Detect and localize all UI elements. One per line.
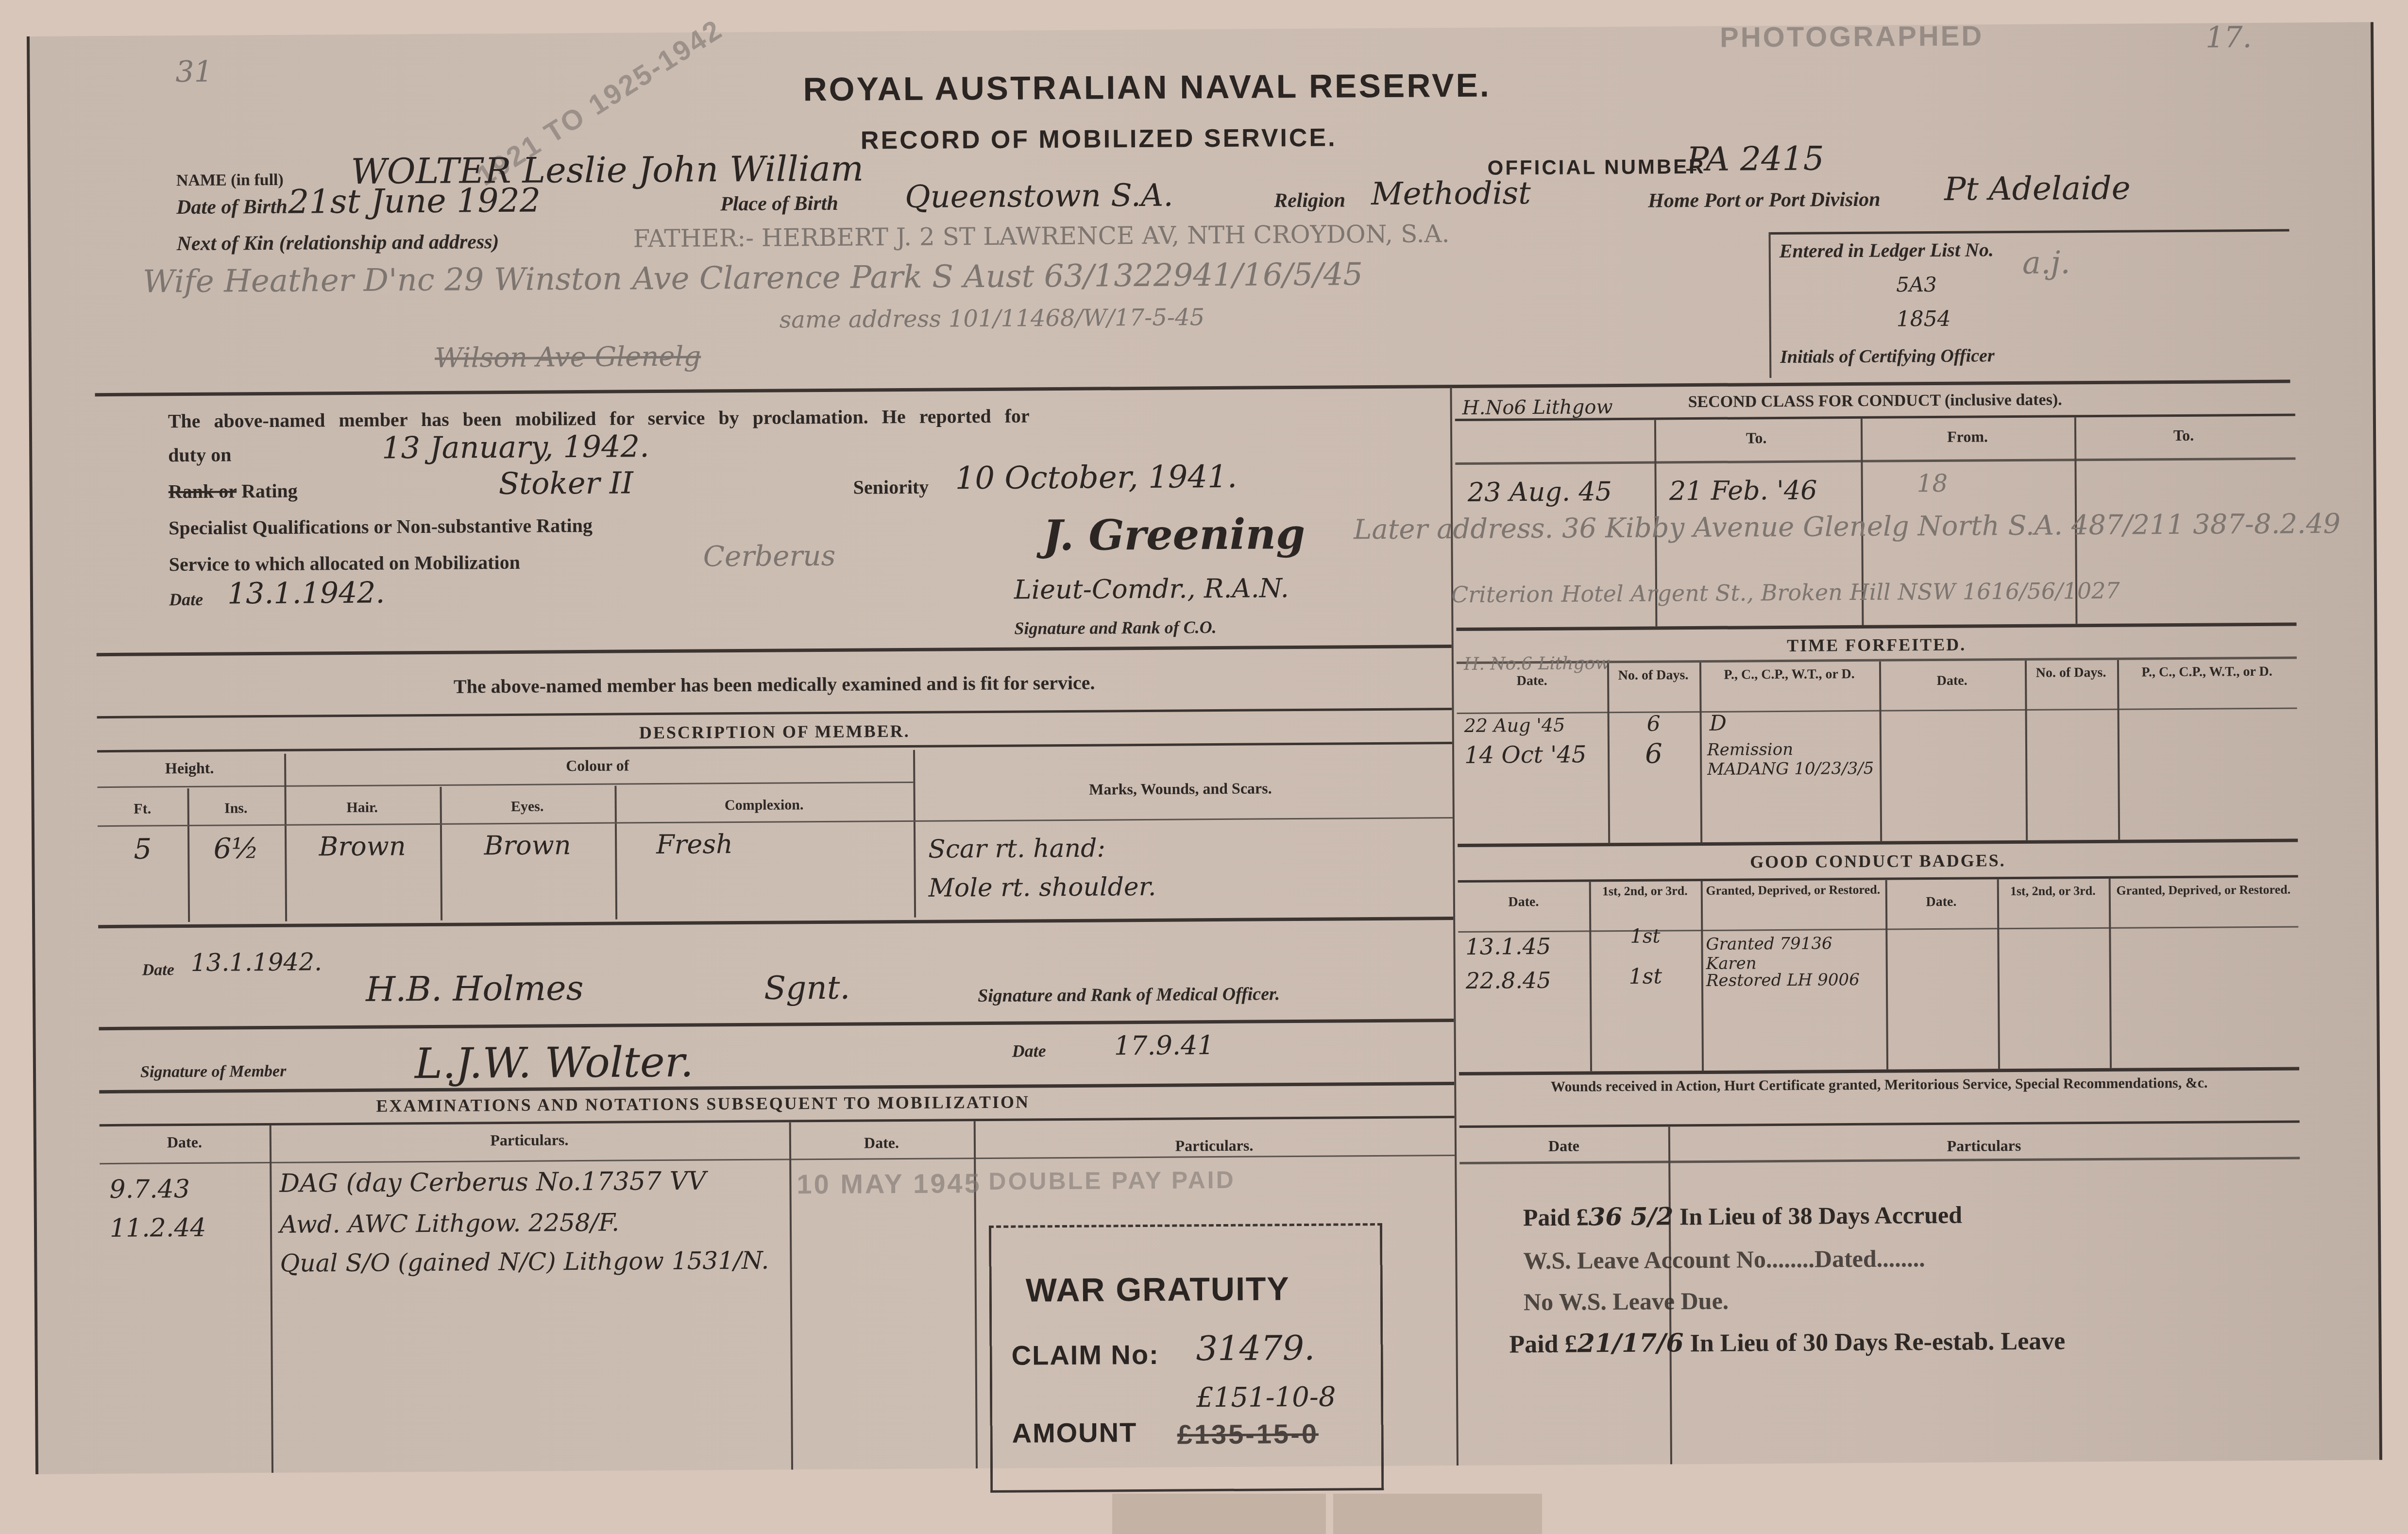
wounds-header-particulars: Particulars <box>1668 1135 2300 1157</box>
wounds-line-3: No W.S. Leave Due. <box>1524 1287 1729 1316</box>
time-forfeited-annotation: H. No.6 Lithgow <box>1464 653 1610 674</box>
co-signature: J. Greening <box>1043 510 1306 560</box>
wounds-line-4-prefix: Paid £ <box>1509 1330 1577 1359</box>
exam-divider <box>789 1122 793 1469</box>
rank-label-struck: Rank or <box>169 480 237 502</box>
claim-number-value: 31479. <box>1196 1328 1315 1368</box>
top-right-mark: 17. <box>2205 20 2252 55</box>
exam-row-1-date: 9.7.43 <box>109 1175 190 1204</box>
ledger-value-bottom: 1854 <box>1896 307 1950 332</box>
rating-value: Stoker II <box>498 465 633 501</box>
exam-header-particulars-2: Particulars. <box>974 1135 1455 1156</box>
ledger-top-rule <box>1770 229 2289 235</box>
gc-header-class-2: 1st, 2nd, or 3rd. <box>1997 884 2109 899</box>
value-eyes: Brown <box>440 830 615 861</box>
examinations-title: EXAMINATIONS AND NOTATIONS SUBSEQUENT TO… <box>376 1091 1030 1116</box>
war-gratuity-title: WAR GRATUITY <box>1026 1270 1290 1309</box>
tf-header-days-2: No. of Days. <box>2025 665 2117 681</box>
marks-label: Marks, Wounds, and Scars. <box>913 778 1447 800</box>
medical-rule <box>97 708 1452 718</box>
rating-label-text: Rating <box>241 480 298 502</box>
exam-header-subrule <box>100 1155 1455 1164</box>
religion-label: Religion <box>1274 188 1345 212</box>
wounds-line-4-text: In Lieu of 30 Days Re-estab. Leave <box>1690 1327 2065 1357</box>
exam-stamp-date: 10 MAY 1945 <box>797 1167 982 1200</box>
description-bottom-rule <box>98 917 1453 928</box>
second-class-from-2: 18 <box>1917 469 1948 497</box>
medical-officer-label: Signature and Rank of Medical Officer. <box>978 983 1280 1006</box>
exam-header-date-1: Date. <box>100 1133 270 1152</box>
wounds-top-rule <box>1459 1067 2299 1075</box>
gc-header-rule <box>1458 926 2298 933</box>
wounds-line-2: W.S. Leave Account No........Dated......… <box>1523 1244 1925 1275</box>
gc-header-status-2: Granted, Deprived, or Restored. <box>2109 882 2298 898</box>
amount-label: AMOUNT <box>1012 1416 1137 1449</box>
tf-header-punishment-1: P., C., C.P., W.T., or D. <box>1699 666 1879 683</box>
good-conduct-top-rule <box>1458 838 2298 847</box>
later-address-2: Criterion Hotel Argent St., Broken Hill … <box>1451 578 2120 608</box>
second-class-header-rule <box>1455 457 2295 465</box>
wounds-header-date: Date <box>1459 1136 1668 1156</box>
second-class-header-to-1: To. <box>1654 428 1858 448</box>
page-title: ROYAL AUSTRALIAN NAVAL RESERVE. <box>612 65 1681 109</box>
pob-value: Queenstown S.A. <box>905 178 1173 215</box>
wounds-rule <box>1459 1120 2300 1128</box>
claim-number-label: CLAIM No: <box>1011 1339 1159 1371</box>
exam-row-2-particulars: Awd. AWC Lithgow. 2258/F. <box>280 1209 620 1239</box>
wounds-line-1-value: 36 5/2 <box>1588 1202 1673 1231</box>
specialist-label: Specialist Qualifications or Non-substan… <box>169 514 593 539</box>
description-header-rule <box>98 817 1453 827</box>
member-date-label: Date <box>1012 1040 1046 1061</box>
home-port-label: Home Port or Port Division <box>1648 188 1881 213</box>
gc-row-1-status: Granted 79136 Karen <box>1706 934 1881 973</box>
tf-header-punishment-2: P., C., C.P., W.T., or D. <box>2117 664 2297 680</box>
pob-label: Place of Birth <box>720 192 838 216</box>
exam-row-3-particulars: Qual S/O (gained N/C) Lithgow 1531/N. <box>280 1246 769 1278</box>
next-of-kin-value: FATHER:- HERBERT J. 2 ST LAWRENCE AV, NT… <box>633 220 1449 253</box>
official-number-value: PA 2415 <box>1686 139 1824 179</box>
second-class-header-to-2: To. <box>2077 426 2290 445</box>
medical-officer-rank: Sgnt. <box>764 969 850 1007</box>
name-label: NAME (in full) <box>176 171 284 190</box>
mobilization-date-value: 13.1.1942. <box>227 576 385 611</box>
col-hair: Hair. <box>285 799 440 817</box>
value-hair: Brown <box>285 831 440 862</box>
exam-row-2-date: 11.2.44 <box>110 1213 206 1243</box>
gc-row-2-status: Restored LH 9006 <box>1706 970 1881 990</box>
tf-row-1-punishment: D <box>1710 711 1727 736</box>
amount-struck: £135-15-0 <box>1177 1418 1319 1450</box>
colour-label: Colour of <box>287 755 908 777</box>
gc-row-2-date: 22.8.45 <box>1466 967 1551 994</box>
marks-value-1: Scar rt. hand: <box>928 834 1105 864</box>
medical-top-rule <box>97 645 1452 656</box>
certifying-officer-label: Initials of Certifying Officer <box>1780 345 1995 368</box>
thumbnail-1 <box>1112 1494 1326 1534</box>
exam-header-date-2: Date. <box>789 1133 974 1152</box>
gc-header-date-1: Date. <box>1458 894 1589 910</box>
wounds-line-4-value: 21/17/6 <box>1577 1328 1683 1358</box>
examinations-top-rule <box>99 1082 1454 1093</box>
wounds-line-1-prefix: Paid £ <box>1523 1203 1589 1231</box>
medical-date-value: 13.1.1942. <box>190 948 322 977</box>
wounds-line-1-text: In Lieu of 38 Days Accrued <box>1679 1201 1962 1230</box>
good-conduct-rule <box>1458 875 2298 883</box>
description-subrule <box>97 782 913 788</box>
tf-row-1-days: 6 <box>1608 711 1700 736</box>
duty-on-label: duty on <box>168 443 231 466</box>
exam-row-1-particulars: DAG (day Cerberus No.17357 VV <box>279 1167 706 1198</box>
ledger-left-rule <box>1769 232 1772 378</box>
home-port-value: Pt Adelaide <box>1944 170 2131 208</box>
exam-stamp-text: DOUBLE PAY PAID <box>988 1166 1236 1195</box>
height-label: Height. <box>97 759 282 778</box>
rating-label: Rank or Rating <box>169 479 298 503</box>
ledger-initials: a.j. <box>2022 245 2070 281</box>
description-title: DESCRIPTION OF MEMBER. <box>97 717 1452 746</box>
member-rule <box>99 1019 1454 1030</box>
description-divider <box>913 750 916 918</box>
tf-divider <box>2117 660 2120 840</box>
thumbnail-2 <box>1333 1494 1542 1534</box>
second-class-header-from-2: From. <box>1863 427 2072 446</box>
next-of-kin-note: same address 101/11468/W/17-5-45 <box>779 304 1204 333</box>
wounds-title: Wounds received in Action, Hurt Certific… <box>1464 1074 2294 1096</box>
next-of-kin-label: Next of Kin (relationship and address) <box>176 230 499 256</box>
corner-mark: 31 <box>175 55 213 89</box>
war-gratuity-stamp: WAR GRATUITY CLAIM No: 31479. £151-10-8 … <box>989 1223 1384 1493</box>
medical-statement: The above-named member has been medicall… <box>97 669 1452 700</box>
seniority-label: Seniority <box>853 476 929 499</box>
tf-row-1-date: 22 Aug '45 <box>1464 715 1565 736</box>
member-signature-label: Signature of Member <box>140 1062 287 1082</box>
col-ins: Ins. <box>187 800 285 817</box>
gc-divider <box>1997 879 2000 1069</box>
exam-divider <box>270 1125 273 1473</box>
mobilization-statement: The above-named member has been mobilize… <box>168 404 1030 432</box>
dob-label: Date of Birth <box>176 195 288 219</box>
value-complexion: Fresh <box>656 829 733 860</box>
duty-on-value: 13 January, 1942. <box>382 428 649 465</box>
gc-row-1-class: 1st <box>1589 925 1701 948</box>
religion-value: Methodist <box>1371 175 1531 212</box>
service-record-sheet: 31 1921 TO 1925-1942 PHOTOGRAPHED 17. RO… <box>27 22 2382 1474</box>
gc-row-2-class: 1st <box>1590 964 1701 989</box>
gc-header-status-1: Granted, Deprived, or Restored. <box>1701 883 1885 898</box>
good-conduct-title: GOOD CONDUCT BADGES. <box>1458 848 2298 874</box>
seniority-value: 10 October, 1941. <box>955 459 1237 497</box>
amount-value: £151-10-8 <box>1196 1381 1336 1414</box>
dob-value: 21st June 1922 <box>288 182 541 222</box>
co-rank: Lieut-Comdr., R.A.N. <box>1014 573 1289 605</box>
tf-header-date-1: Date. <box>1457 673 1607 689</box>
gc-header-class-1: 1st, 2nd, or 3rd. <box>1589 884 1701 899</box>
service-label: Service to which allocated on Mobilizati… <box>169 551 521 576</box>
ledger-label: Entered in Ledger List No. <box>1780 238 1994 262</box>
gc-header-date-2: Date. <box>1885 894 1997 910</box>
marks-value-2: Mole rt. shoulder. <box>929 872 1156 903</box>
time-forfeited-top-rule <box>1456 622 2296 631</box>
member-signature: L.J.W. Wolter. <box>415 1038 694 1089</box>
col-ft: Ft. <box>98 801 187 818</box>
wounds-line-1: Paid £36 5/2 In Lieu of 38 Days Accrued <box>1523 1200 1962 1232</box>
second-class-to-1: 21 Feb. '46 <box>1669 475 1817 506</box>
tf-header-rule <box>1457 707 2297 714</box>
exam-header-particulars-1: Particulars. <box>270 1129 789 1151</box>
tf-row-2-days: 6 <box>1608 738 1700 770</box>
next-of-kin-wife: Wife Heather D'nc 29 Winston Ave Clarenc… <box>143 256 1363 300</box>
wounds-line-4: Paid £21/17/6 In Lieu of 30 Days Re-esta… <box>1509 1326 2065 1359</box>
co-signature-label: Signature and Rank of C.O. <box>1014 617 1216 639</box>
gc-row-1-date: 13.1.45 <box>1465 933 1551 960</box>
medical-date-label: Date <box>142 961 174 979</box>
mobilization-date-label: Date <box>169 589 203 610</box>
member-date-value: 17.9.41 <box>1114 1030 1215 1061</box>
value-ft: 5 <box>98 832 187 866</box>
tf-row-2-date: 14 Oct '45 <box>1464 741 1587 769</box>
value-ins: 6½ <box>187 832 285 865</box>
examinations-header-rule <box>100 1116 1455 1126</box>
later-address: Later address. 36 Kibby Avenue Glenelg N… <box>1354 508 2340 545</box>
wounds-header-rule <box>1459 1157 2300 1164</box>
ledger-value-top: 5A3 <box>1896 273 1937 297</box>
col-complexion: Complexion. <box>615 796 914 815</box>
column-divider <box>1450 387 1458 1466</box>
medical-officer-signature: H.B. Holmes <box>366 968 584 1009</box>
next-of-kin-struck: Wilson Ave Glenelg <box>435 341 701 374</box>
second-class-annotation: H.No6 Lithgow <box>1462 396 1613 419</box>
photographed-stamp: PHOTOGRAPHED <box>1720 19 1984 53</box>
second-class-from-1: 23 Aug. 45 <box>1468 476 1612 508</box>
service-value: Cerberus <box>703 539 835 573</box>
gc-divider <box>2109 879 2112 1068</box>
tf-header-date-2: Date. <box>1879 673 2025 689</box>
tf-row-2-punishment: Remission MADANG 10/23/3/5 <box>1707 739 1877 779</box>
tf-divider <box>2025 661 2028 840</box>
tf-header-days-1: No. of Days. <box>1607 667 1699 683</box>
col-eyes: Eyes. <box>440 798 615 816</box>
